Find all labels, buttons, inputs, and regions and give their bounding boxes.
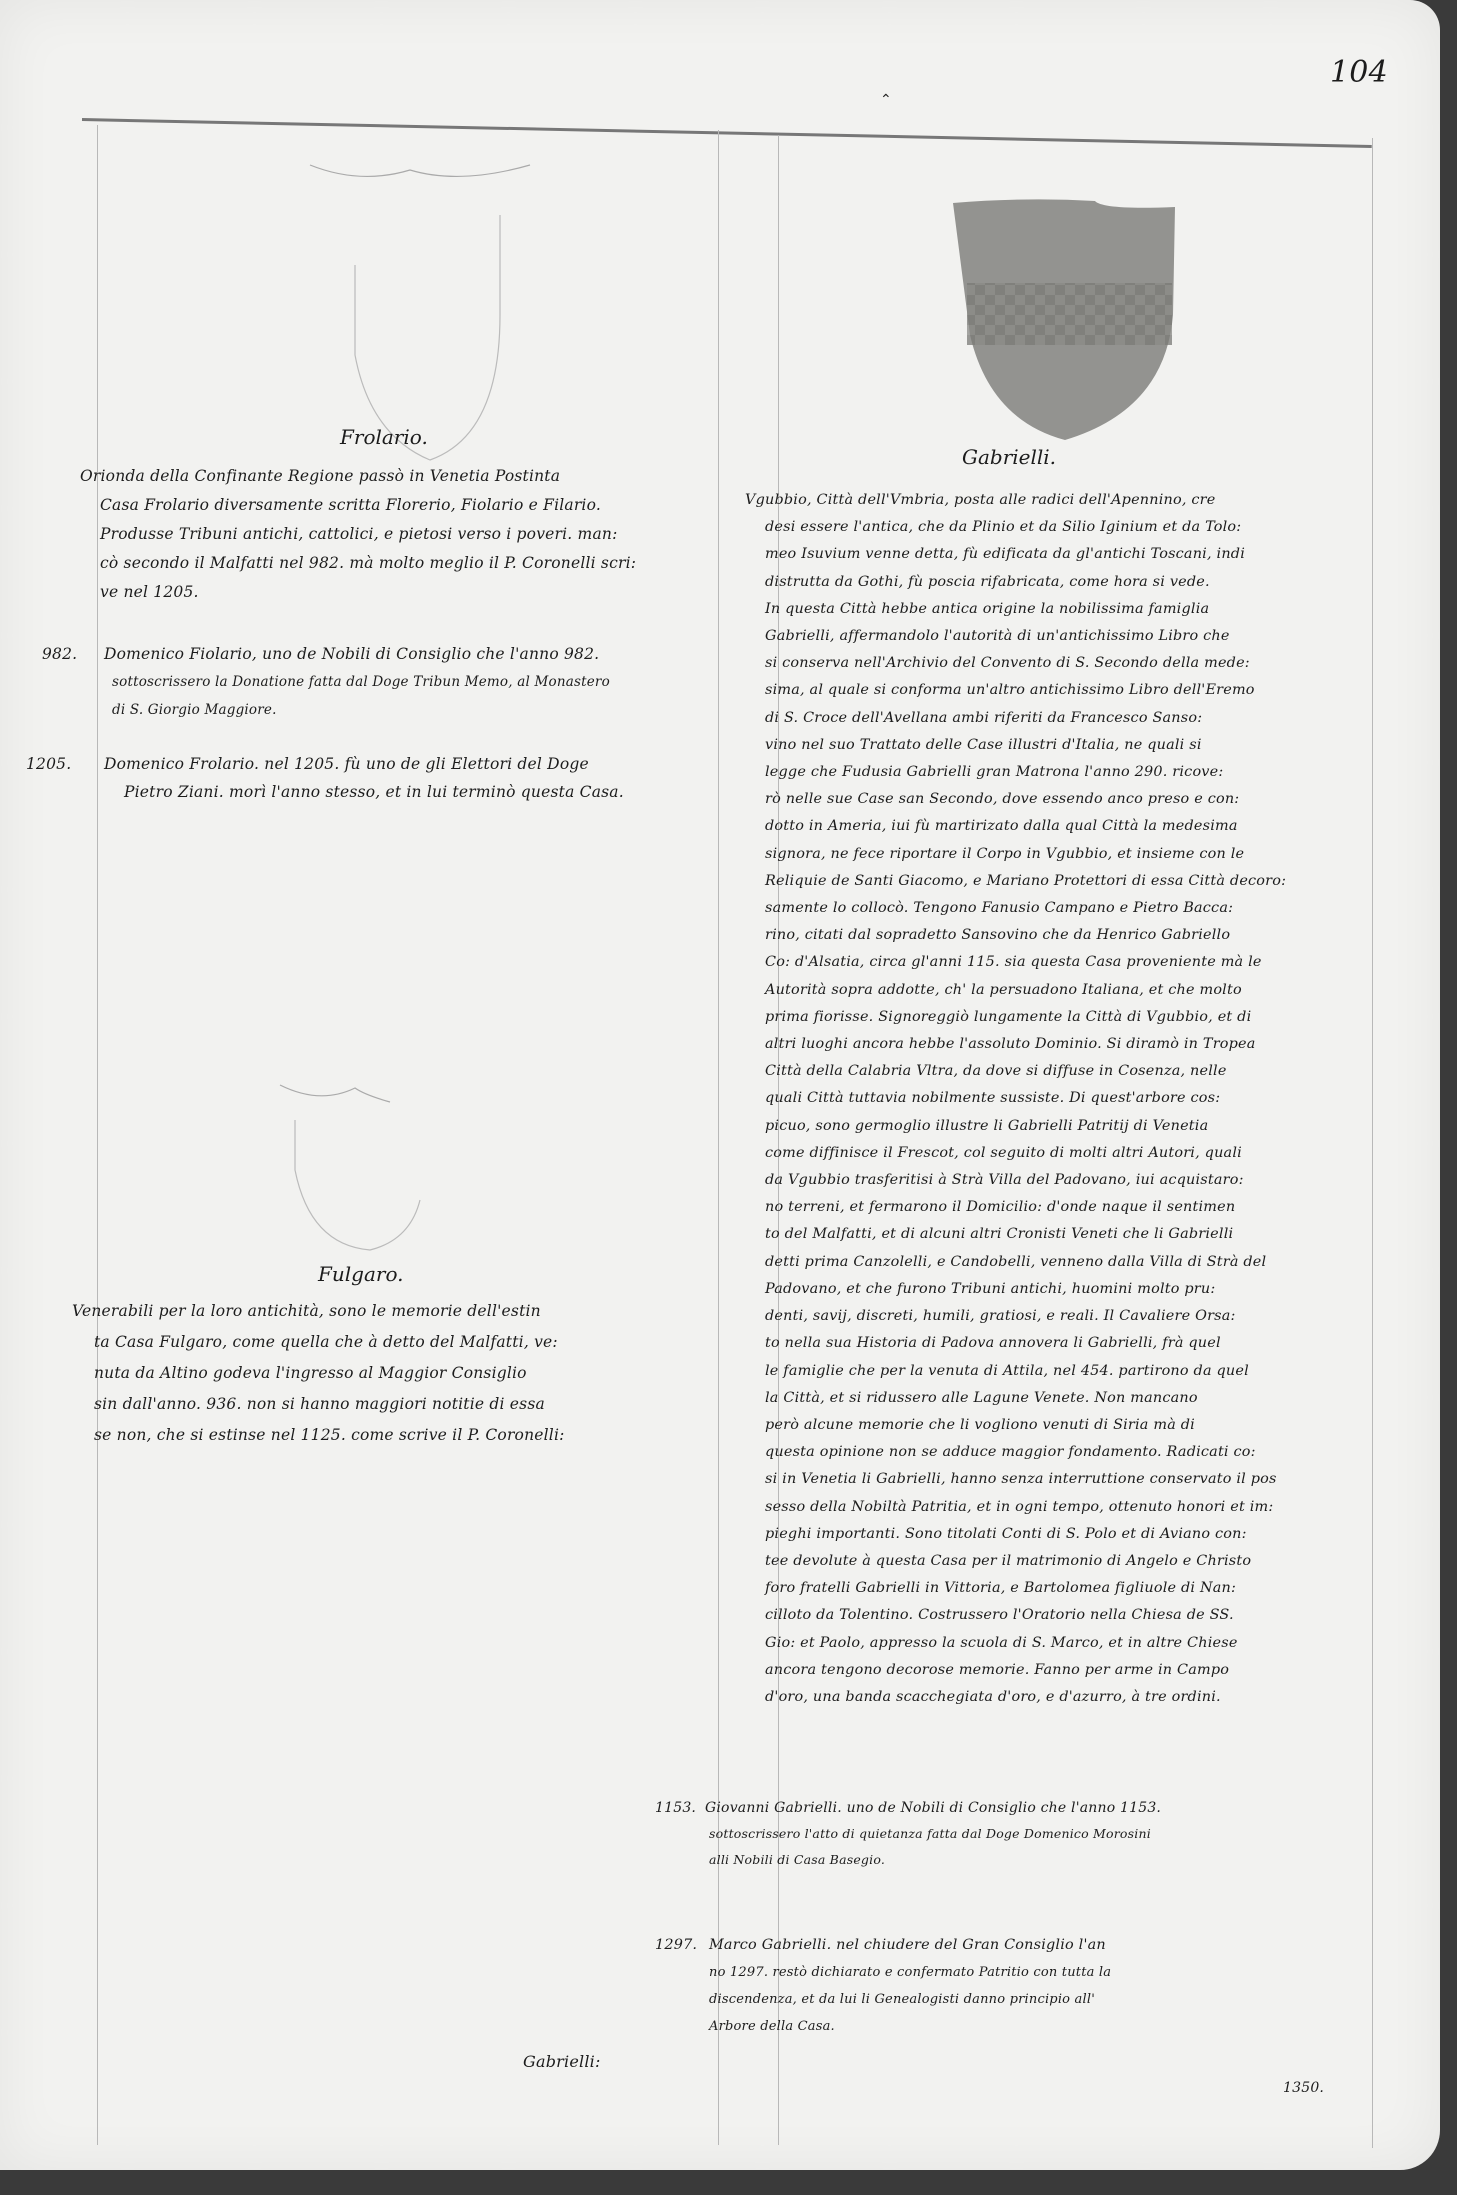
gabrielli-description: Vgubbio, Città dell'Vmbria, posta alle r… <box>745 487 1286 1711</box>
gabrielli-shield-icon <box>945 195 1185 445</box>
fulgaro-shield-icon <box>270 1080 460 1260</box>
manuscript-page: 104 ⌃ Frolario. Orionda della Confinante… <box>0 0 1440 2170</box>
bottom-note: 1350. <box>1283 2080 1324 2096</box>
folio-number: 104 <box>1330 55 1388 90</box>
entry-year: 982. <box>42 640 77 668</box>
top-rule <box>82 118 1372 148</box>
fulgaro-title: Fulgaro. <box>318 1262 404 1286</box>
fulgaro-description: Venerabili per la loro antichità, sono l… <box>72 1296 565 1451</box>
frolario-description: Orionda della Confinante Regione passò i… <box>80 462 636 607</box>
entry-year: 1153. <box>655 1795 696 1821</box>
ink-mark: ⌃ <box>880 92 892 108</box>
catchword: Gabrielli: <box>523 2052 601 2071</box>
gabrielli-title: Gabrielli. <box>962 445 1056 469</box>
left-margin-rule <box>97 125 98 2145</box>
entry-year: 1297. <box>655 1932 697 1959</box>
entry-year: 1205. <box>26 750 71 778</box>
right-margin-rule <box>1372 138 1373 2148</box>
frolario-shield-icon <box>300 155 550 465</box>
frolario-title: Frolario. <box>340 425 428 449</box>
